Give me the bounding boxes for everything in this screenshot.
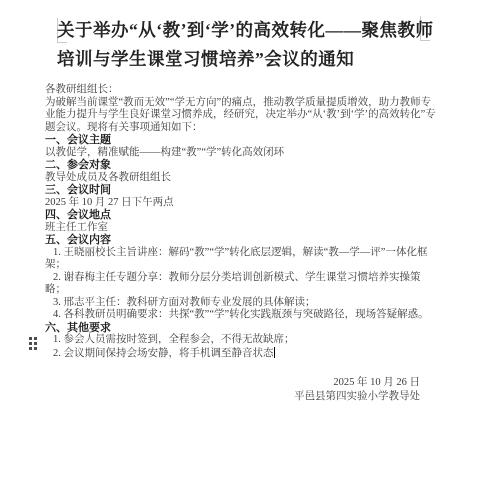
document-page: 关于举办“从‘教’到‘学’的高效转化——聚焦教师 培训与学生课堂习惯培养”会议的… bbox=[0, 0, 480, 480]
document-body[interactable]: 各教研组组长： 为破解当前课堂“教而无效”“学无方向”的痛点，推动教学质量提质增… bbox=[45, 84, 436, 360]
content-item-4[interactable]: 4. 各科教研员明确要求：共探“教”“学”转化实践瓶颈与突破路径，现场答疑解惑。 bbox=[45, 309, 436, 322]
section-heading-content[interactable]: 五、会议内容 bbox=[45, 234, 436, 247]
section-heading-attendees[interactable]: 二、参会对象 bbox=[45, 159, 436, 172]
section-heading-topic[interactable]: 一、会议主题 bbox=[45, 134, 436, 147]
content-item-3[interactable]: 3. 邢志平主任：教科研方面对教师专业发展的具体解读； bbox=[45, 297, 436, 310]
signature-date: 2025 年 10 月 26 日 bbox=[294, 376, 420, 390]
document-title-line-1: 关于举办“从‘教’到‘学’的高效转化——聚焦教师 bbox=[57, 16, 440, 45]
other-item-1[interactable]: 1. 参会人员需按时签到，全程参会，不得无故缺席； bbox=[45, 334, 436, 347]
signature-block: 2025 年 10 月 26 日 平邑县第四实验小学教导处 bbox=[294, 376, 420, 403]
paragraph-drag-handle-icon[interactable] bbox=[29, 337, 37, 350]
section-heading-other[interactable]: 六、其他要求 bbox=[45, 322, 436, 335]
text-caret-icon bbox=[274, 347, 275, 358]
section-line-topic[interactable]: 以教促学，精准赋能——构建“教”“学”转化高效闭环 bbox=[45, 147, 436, 160]
section-heading-time[interactable]: 三、会议时间 bbox=[45, 184, 436, 197]
other-item-2[interactable]: 2. 会议期间保持会场安静，将手机调至静音状态 bbox=[45, 347, 436, 361]
document-title: 关于举办“从‘教’到‘学’的高效转化——聚焦教师 培训与学生课堂习惯培养”会议的… bbox=[57, 16, 440, 74]
other-item-2-text: 2. 会议期间保持会场安静，将手机调至静音状态 bbox=[53, 348, 274, 359]
section-line-attendees[interactable]: 教导处成员及各教研组组长 bbox=[45, 172, 436, 185]
content-item-2[interactable]: 2. 谢春梅主任专题分享：教师分层分类培训创新模式、学生课堂习惯培养实操策略； bbox=[45, 272, 436, 297]
intro-paragraph[interactable]: 为破解当前课堂“教而无效”“学无方向”的痛点，推动教学质量提质增效，助力教师专业… bbox=[45, 97, 436, 135]
salutation[interactable]: 各教研组组长： bbox=[45, 84, 436, 97]
content-item-1[interactable]: 1. 王晓丽校长主旨讲座：解码“教”“学”转化底层逻辑，解读“教—学—评”一体化… bbox=[45, 247, 436, 272]
section-line-time[interactable]: 2025 年 10 月 27 日下午两点 bbox=[45, 197, 436, 210]
signature-org: 平邑县第四实验小学教导处 bbox=[294, 390, 420, 404]
section-line-location[interactable]: 班主任工作室 bbox=[45, 222, 436, 235]
document-title-line-2: 培训与学生课堂习惯培养”会议的通知 bbox=[57, 45, 440, 74]
section-heading-location[interactable]: 四、会议地点 bbox=[45, 209, 436, 222]
